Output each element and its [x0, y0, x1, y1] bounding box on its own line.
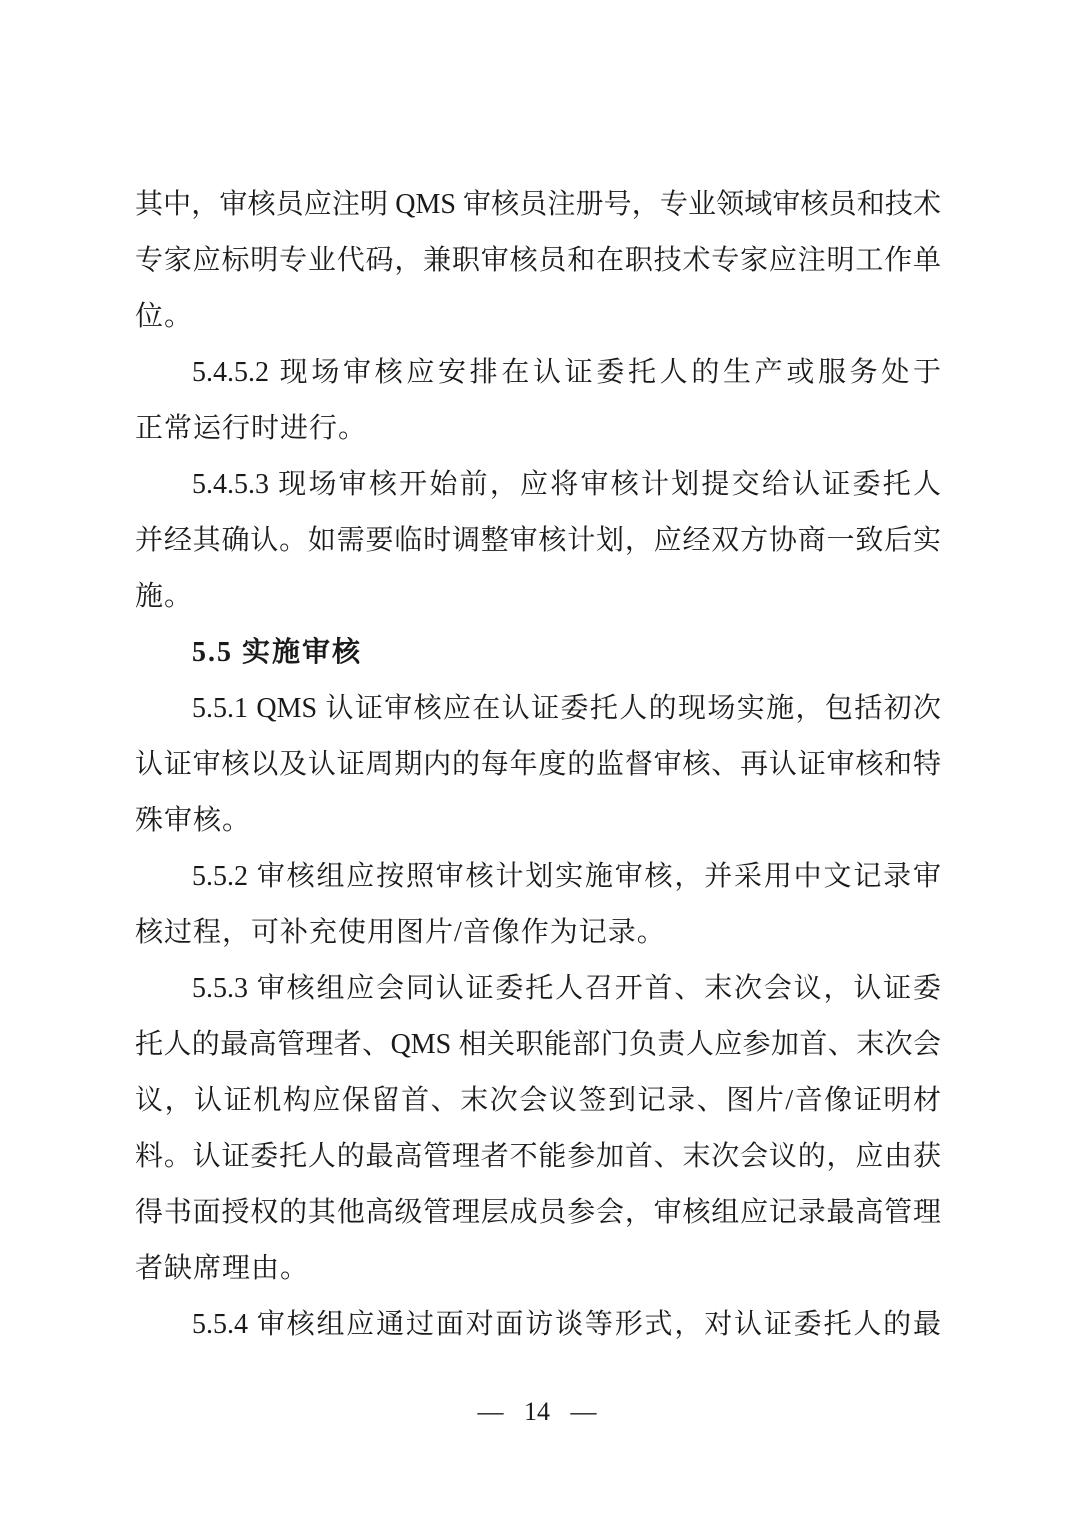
- text-line: 并经其确认。如需要临时调整审核计划，应经双方协商一致后实: [135, 513, 941, 569]
- text-line: 托人的最高管理者、QMS 相关职能部门负责人应参加首、末次会: [135, 1017, 941, 1073]
- text-line: 殊审核。: [135, 793, 941, 849]
- clause-5-4-5-2-line: 5.4.5.2 现场审核应安排在认证委托人的生产或服务处于: [135, 345, 941, 401]
- clause-5-4-5-3-line: 5.4.5.3 现场审核开始前，应将审核计划提交给认证委托人: [135, 457, 941, 513]
- text-line: 议，认证机构应保留首、末次会议签到记录、图片/音像证明材: [135, 1073, 941, 1129]
- text-line: 专家应标明专业代码，兼职审核员和在职技术专家应注明工作单: [135, 233, 941, 289]
- text-line: 其中，审核员应注明 QMS 审核员注册号，专业领域审核员和技术: [135, 177, 941, 233]
- text-line: 认证审核以及认证周期内的每年度的监督审核、再认证审核和特: [135, 737, 941, 793]
- text-line: 正常运行时进行。: [135, 401, 941, 457]
- page-number: — 14 —: [478, 1397, 597, 1426]
- text-line: 料。认证委托人的最高管理者不能参加首、末次会议的，应由获: [135, 1129, 941, 1185]
- clause-5-5-1-line: 5.5.1 QMS 认证审核应在认证委托人的现场实施，包括初次: [135, 681, 941, 737]
- document-body: 其中，审核员应注明 QMS 审核员注册号，专业领域审核员和技术 专家应标明专业代…: [135, 177, 941, 1353]
- text-line: 核过程，可补充使用图片/音像作为记录。: [135, 905, 941, 961]
- clause-5-5-4-line: 5.5.4 审核组应通过面对面访谈等形式，对认证委托人的最: [135, 1297, 941, 1353]
- text-line: 位。: [135, 289, 941, 345]
- section-heading-5-5: 5.5 实施审核: [135, 625, 941, 681]
- text-line: 施。: [135, 569, 941, 625]
- document-page: 其中，审核员应注明 QMS 审核员注册号，专业领域审核员和技术 专家应标明专业代…: [0, 0, 1074, 1520]
- page-footer: — 14 —: [0, 1396, 1074, 1428]
- clause-5-5-3-line: 5.5.3 审核组应会同认证委托人召开首、末次会议，认证委: [135, 961, 941, 1017]
- text-line: 得书面授权的其他高级管理层成员参会，审核组应记录最高管理: [135, 1185, 941, 1241]
- clause-5-5-2-line: 5.5.2 审核组应按照审核计划实施审核，并采用中文记录审: [135, 849, 941, 905]
- text-line: 者缺席理由。: [135, 1241, 941, 1297]
